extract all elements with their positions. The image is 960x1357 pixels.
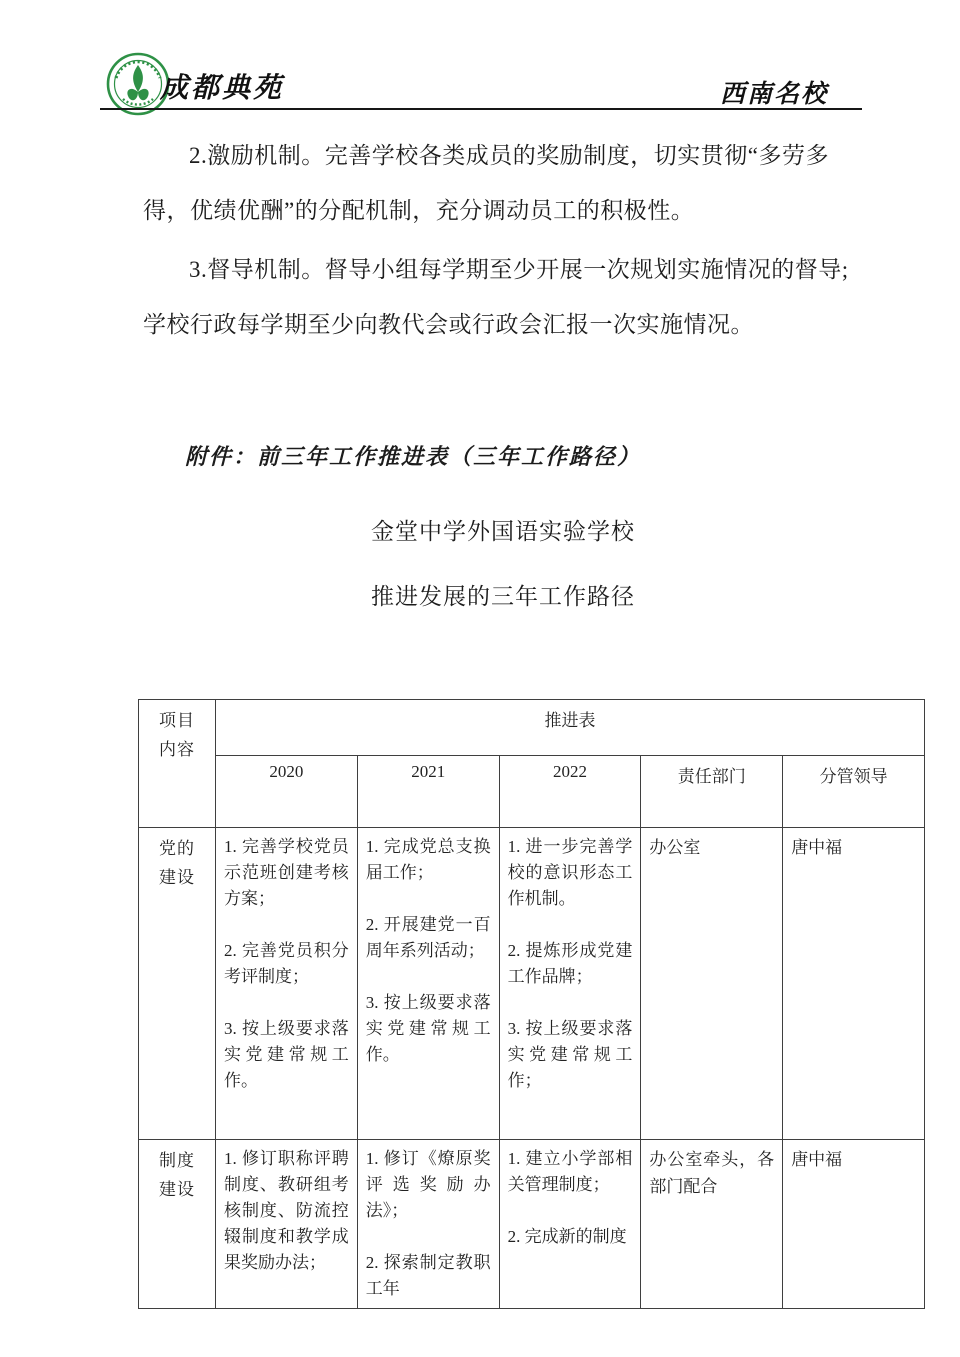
paragraph-incentive-line2: 得，优绩优酬”的分配机制，充分调动员工的积极性。 bbox=[143, 196, 903, 226]
plan-item: 2. 开展建党一百周年系列活动； bbox=[366, 912, 491, 964]
three-year-plan-table: 项目内容 推进表 2020 2021 2022 责任部门 分管领导 党的建设 1… bbox=[138, 699, 925, 1309]
plan-item: 1. 进一步完善学校的意识形态工作机制。 bbox=[508, 834, 633, 912]
row2-dept-cell: 办公室牵头，各部门配合 bbox=[641, 1140, 783, 1309]
plan-item: 3. 按上级要求落实党建常规工作。 bbox=[224, 1016, 349, 1094]
row2-2022-cell: 1. 建立小学部相关管理制度； 2. 完成新的制度 bbox=[499, 1140, 641, 1309]
header-cell-2021: 2021 bbox=[357, 756, 499, 828]
row1-project-label: 党的建设 bbox=[157, 834, 196, 892]
paragraph-supervision-line1: 3.督导机制。督导小组每学期至少开展一次规划实施情况的督导; bbox=[143, 255, 949, 285]
table-row-party-building: 党的建设 1. 完善学校党员示范班创建考核方案； 2. 完善党员积分考评制度； … bbox=[139, 828, 925, 1140]
row2-project-label: 制度建设 bbox=[157, 1146, 196, 1204]
plan-item: 2. 提炼形成党建工作品牌； bbox=[508, 938, 633, 990]
table-header-row-2: 2020 2021 2022 责任部门 分管领导 bbox=[139, 756, 925, 828]
plan-item: 2. 完善党员积分考评制度； bbox=[224, 938, 349, 990]
plan-item: 1. 修订《燎原奖评选奖励办法》； bbox=[366, 1146, 491, 1224]
plan-item: 3. 按上级要求落实党建常规工作； bbox=[508, 1016, 633, 1094]
header-project-label: 项目内容 bbox=[157, 706, 196, 764]
plan-item: 1. 修订职称评聘制度、教研组考核制度、防流控辍制度和教学成果奖励办法； bbox=[224, 1146, 349, 1276]
row2-2020-cell: 1. 修订职称评聘制度、教研组考核制度、防流控辍制度和教学成果奖励办法； bbox=[216, 1140, 358, 1309]
table-header-row-1: 项目内容 推进表 bbox=[139, 700, 925, 756]
brand-right-calligraphy: 西南名校 bbox=[720, 74, 828, 110]
header-cell-leader: 分管领导 bbox=[783, 756, 925, 828]
row1-leader-cell: 唐中福 bbox=[783, 828, 925, 1140]
brand-left-calligraphy: 成都典苑 bbox=[160, 66, 284, 106]
header-cell-2022: 2022 bbox=[499, 756, 641, 828]
row1-project-cell: 党的建设 bbox=[139, 828, 216, 1140]
row1-2022-cell: 1. 进一步完善学校的意识形态工作机制。 2. 提炼形成党建工作品牌； 3. 按… bbox=[499, 828, 641, 1140]
row1-2020-cell: 1. 完善学校党员示范班创建考核方案； 2. 完善党员积分考评制度； 3. 按上… bbox=[216, 828, 358, 1140]
plan-item: 3. 按上级要求落实党建常规工作。 bbox=[366, 990, 491, 1068]
document-title-subtitle: 推进发展的三年工作路径 bbox=[143, 578, 863, 611]
row1-2021-cell: 1. 完成党总支换届工作； 2. 开展建党一百周年系列活动； 3. 按上级要求落… bbox=[357, 828, 499, 1140]
header-cell-2020: 2020 bbox=[216, 756, 358, 828]
row2-leader-cell: 唐中福 bbox=[783, 1140, 925, 1309]
paragraph-incentive-line1: 2.激励机制。完善学校各类成员的奖励制度，切实贯彻“多劳多 bbox=[143, 141, 949, 171]
table-row-system-building: 制度建设 1. 修订职称评聘制度、教研组考核制度、防流控辍制度和教学成果奖励办法… bbox=[139, 1140, 925, 1309]
plan-item: 1. 建立小学部相关管理制度； bbox=[508, 1146, 633, 1198]
row2-2021-cell: 1. 修订《燎原奖评选奖励办法》； 2. 探索制定教职工年 bbox=[357, 1140, 499, 1309]
header-cell-project: 项目内容 bbox=[139, 700, 216, 828]
header-cell-span-title: 推进表 bbox=[216, 700, 925, 756]
header-divider bbox=[100, 108, 862, 110]
plan-item: 2. 完成新的制度 bbox=[508, 1224, 633, 1250]
row2-project-cell: 制度建设 bbox=[139, 1140, 216, 1309]
plan-item: 1. 完善学校党员示范班创建考核方案； bbox=[224, 834, 349, 912]
header-cell-dept: 责任部门 bbox=[641, 756, 783, 828]
paragraph-supervision-line2: 学校行政每学期至少向教代会或行政会汇报一次实施情况。 bbox=[143, 310, 903, 340]
document-title-school: 金堂中学外国语实验学校 bbox=[143, 513, 863, 546]
plan-item: 2. 探索制定教职工年 bbox=[366, 1250, 491, 1302]
plan-item: 1. 完成党总支换届工作； bbox=[366, 834, 491, 886]
attachment-title: 附件：前三年工作推进表（三年工作路径） bbox=[185, 440, 641, 471]
row1-dept-cell: 办公室 bbox=[641, 828, 783, 1140]
